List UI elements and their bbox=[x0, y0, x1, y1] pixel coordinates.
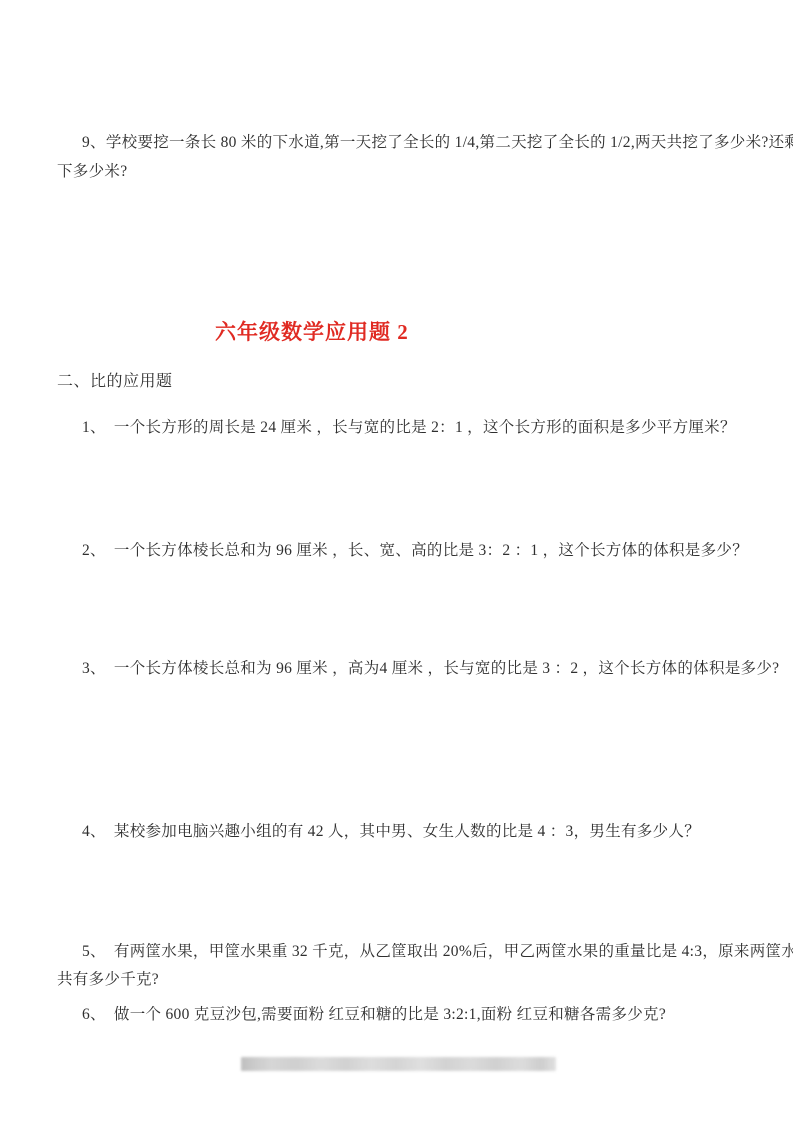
section-heading: 二、比的应用题 bbox=[57, 368, 173, 396]
question-6-line-1: 6、 做一个 600 克豆沙包,需要面粉 红豆和糖的比是 3:2:1,面粉 红豆… bbox=[57, 1001, 767, 1029]
question-3-line-1: 3、 一个长方体棱长总和为 96 厘米 ，高为4 厘米 ，长与宽的比是 3 ：2… bbox=[57, 655, 767, 683]
worksheet-page: 9、学校要挖一条长 80 米的下水道,第一天挖了全长的 1/4,第二天挖了全长的… bbox=[0, 0, 793, 1122]
question-9-line-2: 下多少米? bbox=[57, 157, 767, 186]
page-title: 六年级数学应用题 2 bbox=[215, 317, 409, 347]
question-1: 1、 一个长方形的周长是 24 厘米 ，长与宽的比是 2：1 ，这个长方形的面积… bbox=[57, 414, 767, 442]
question-5-line-1: 5、 有两筐水果，甲筐水果重 32 千克，从乙筐取出 20%后，甲乙两筐水果的重… bbox=[57, 938, 767, 966]
question-4: 4、 某校参加电脑兴趣小组的有 42 人，其中男、女生人数的比是 4 ：3，男生… bbox=[57, 818, 767, 846]
question-9: 9、学校要挖一条长 80 米的下水道,第一天挖了全长的 1/4,第二天挖了全长的… bbox=[57, 128, 767, 186]
question-5: 5、 有两筐水果，甲筐水果重 32 千克，从乙筐取出 20%后，甲乙两筐水果的重… bbox=[57, 938, 767, 994]
question-9-line-1: 9、学校要挖一条长 80 米的下水道,第一天挖了全长的 1/4,第二天挖了全长的… bbox=[57, 128, 767, 157]
blurred-watermark bbox=[241, 1057, 556, 1071]
question-3: 3、 一个长方体棱长总和为 96 厘米 ，高为4 厘米 ，长与宽的比是 3 ：2… bbox=[57, 655, 767, 683]
question-4-line-1: 4、 某校参加电脑兴趣小组的有 42 人，其中男、女生人数的比是 4 ：3，男生… bbox=[57, 818, 767, 846]
question-5-line-2: 共有多少千克? bbox=[57, 966, 767, 994]
question-2-line-1: 2、 一个长方体棱长总和为 96 厘米 ，长、宽、高的比是 3：2 ：1 ，这个… bbox=[57, 537, 767, 565]
question-1-line-1: 1、 一个长方形的周长是 24 厘米 ，长与宽的比是 2：1 ，这个长方形的面积… bbox=[57, 414, 767, 442]
question-6: 6、 做一个 600 克豆沙包,需要面粉 红豆和糖的比是 3:2:1,面粉 红豆… bbox=[57, 1001, 767, 1029]
question-2: 2、 一个长方体棱长总和为 96 厘米 ，长、宽、高的比是 3：2 ：1 ，这个… bbox=[57, 537, 767, 565]
